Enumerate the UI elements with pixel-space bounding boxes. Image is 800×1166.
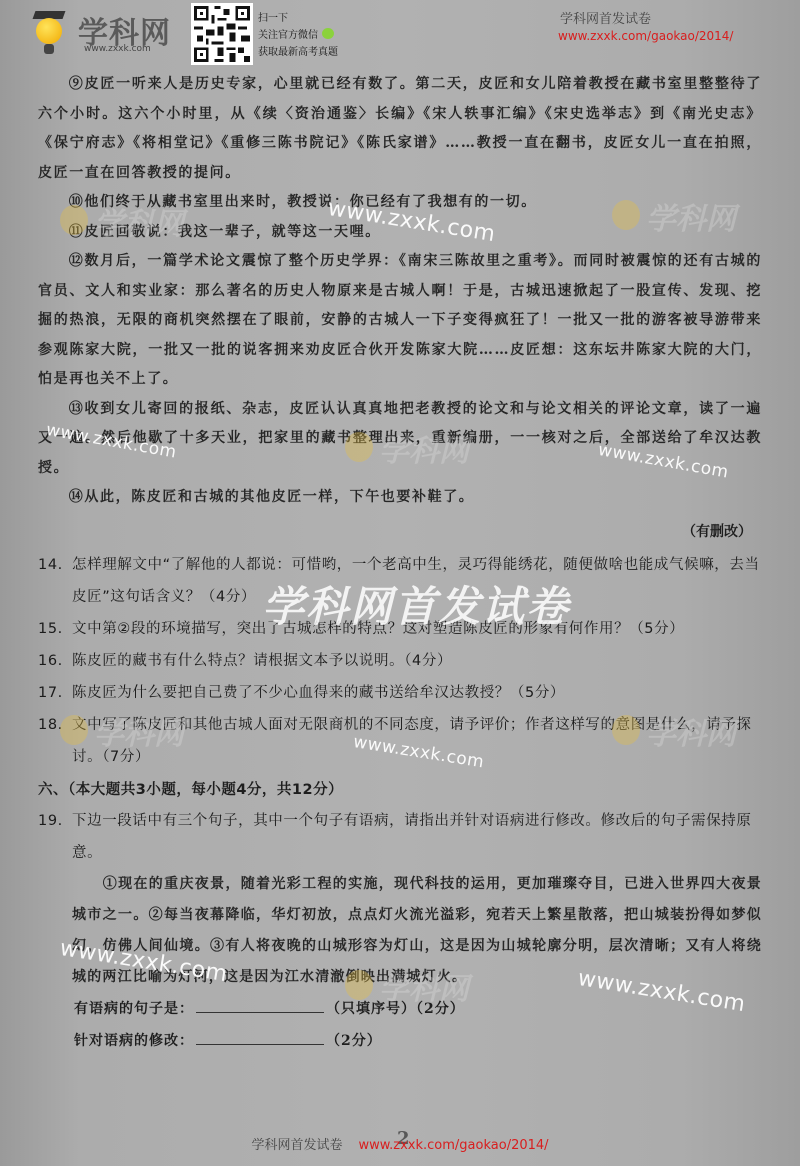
wechat-line-3: 获取最新高考真题	[258, 44, 338, 61]
ghost-logo-watermark: 学科网	[612, 190, 752, 250]
big-watermark: 学科网首发试卷	[262, 574, 570, 634]
ghost-logo-watermark: 学科网	[612, 705, 752, 765]
question-number: 17.	[38, 677, 72, 709]
question-text: 陈皮匠为什么要把自己费了不少心血得来的藏书送给牟汉达教授？（5分）	[72, 685, 565, 701]
question-17: 17.陈皮匠为什么要把自己费了不少心血得来的藏书送给牟汉达教授？（5分）	[38, 677, 762, 709]
ghost-logo-watermark: 学科网	[60, 195, 200, 255]
mascot-body	[44, 44, 54, 54]
brand-title: 学科网首发试卷	[560, 8, 733, 27]
wechat-icon	[322, 28, 334, 39]
answer-blank-2[interactable]	[196, 1030, 324, 1045]
brand-url-link[interactable]: www.zxxk.com/gaokao/2014/	[558, 29, 733, 43]
question-19: 19.下边一段话中有三个句子，其中一个句子有语病，请指出并针对语病进行修改。修改…	[38, 805, 762, 869]
answer-label-1: 有语病的句子是：	[74, 1001, 194, 1017]
wechat-line-1: 扫一下	[258, 10, 338, 27]
footer: 学科网首发试卷www.zxxk.com/gaokao/2014/	[0, 1134, 800, 1153]
zxxk-logo[interactable]: 学科网 www.zxxk.com	[32, 6, 182, 58]
ghost-logo-watermark: 学科网	[345, 422, 485, 482]
question-16: 16.陈皮匠的藏书有什么特点？请根据文本予以说明。（4分）	[38, 645, 762, 677]
logo-url: www.zxxk.com	[84, 44, 151, 54]
question-text: 陈皮匠的藏书有什么特点？请根据文本予以说明。（4分）	[72, 653, 452, 669]
question-text: 下边一段话中有三个句子，其中一个句子有语病，请指出并针对语病进行修改。修改后的句…	[72, 813, 752, 861]
question-number: 15.	[38, 613, 72, 645]
answer-blank-1[interactable]	[196, 998, 324, 1013]
qr-code-icon	[191, 3, 253, 65]
source-note: （有删改）	[38, 517, 762, 547]
wechat-line-2: 关注官方微信	[258, 30, 318, 41]
passage-paragraph-9: ⑨皮匠一听来人是历史专家，心里就已经有数了。第二天，皮匠和女儿陪着教授在藏书室里…	[38, 70, 762, 188]
header-banner: 学科网 www.zxxk.com 扫一下 关注官方微信 获取最新高考真题 学科网…	[0, 0, 800, 66]
question-number: 19.	[38, 805, 72, 837]
answer-suffix-2: （2分）	[326, 1033, 382, 1049]
passage-paragraph-14: ⑭从此，陈皮匠和古城的其他皮匠一样，下午也要补鞋了。	[38, 483, 762, 513]
ghost-logo-watermark: 学科网	[60, 705, 200, 765]
section-6-heading: 六、（本大题共3小题，每小题4分，共12分）	[38, 775, 762, 805]
answer-line-2: 针对语病的修改：（2分）	[38, 1025, 762, 1057]
mascot-icon	[36, 18, 62, 44]
wechat-promo: 扫一下 关注官方微信 获取最新高考真题	[258, 10, 338, 61]
footer-title: 学科网首发试卷	[251, 1138, 342, 1153]
footer-url-link[interactable]: www.zxxk.com/gaokao/2014/	[358, 1138, 548, 1153]
ghost-logo-watermark: 学科网	[345, 960, 485, 1020]
question-number: 14.	[38, 549, 72, 581]
passage-paragraph-12: ⑫数月后，一篇学术论文震惊了整个历史学界：《南宋三陈故里之重考》。而同时被震惊的…	[38, 247, 762, 395]
brand-block: 学科网首发试卷 www.zxxk.com/gaokao/2014/	[558, 8, 733, 43]
answer-label-2: 针对语病的修改：	[74, 1033, 194, 1049]
question-number: 16.	[38, 645, 72, 677]
